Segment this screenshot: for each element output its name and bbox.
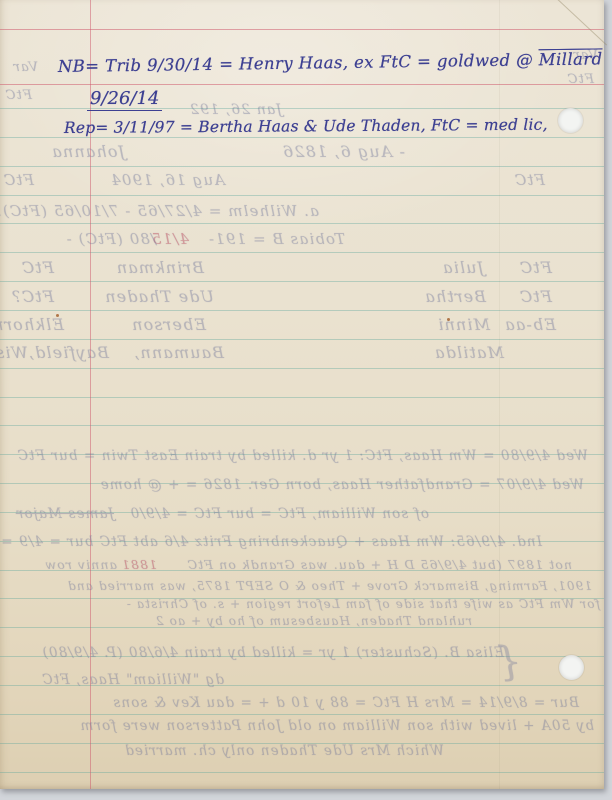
bleedthrough-text: Bertha xyxy=(424,287,486,306)
bleedthrough-text: Johanna xyxy=(51,142,125,161)
ink-note-line2-date: 9/26/14 xyxy=(87,88,162,111)
bleedthrough-text: Wed 4/9/07 = Grandfather Haas, born Ger.… xyxy=(100,477,584,493)
bleedthrough-text: Var xyxy=(13,60,38,75)
bleedthrough-text: for Wm FtC as wife that side of fam Lefo… xyxy=(126,597,600,611)
bleedthrough-text: Brinkman xyxy=(116,258,204,277)
bleedthrough-text: FtC xyxy=(5,88,33,103)
bleedthrough-text: ruhland Thaden, Hausbesum of ho by + ao … xyxy=(155,614,472,628)
bleedthrough-text: FtC xyxy=(567,72,595,87)
bleedthrough-red-text: 1881 xyxy=(121,557,157,572)
bleedthrough-text: /80 (FtC) - xyxy=(66,230,156,248)
bleedthrough-text: FtC xyxy=(3,171,34,189)
scanned-page: VarFtCVarFtCJan 26, 192Johanna- Aug 6, 1… xyxy=(0,0,612,800)
bleedthrough-text: Wed 4/9/80 = Wm Haas, FtC: 1 yr d. kille… xyxy=(17,448,588,464)
bleedthrough-text: dg "William" Haas, FtC xyxy=(41,672,224,688)
bleedthrough-text: FtC xyxy=(21,258,54,277)
bleedthrough-text: a. Wilhelm = 4/27/65 - 7/10/65 (FtC). xyxy=(0,202,319,220)
bleedthrough-text: Ude Thaden xyxy=(104,287,214,306)
bleedthrough-text: Elisa B. (Schuster) 1 yr = killed by tra… xyxy=(41,645,504,661)
bleedthrough-text: FtC? xyxy=(11,287,54,306)
bleedthrough-text: Bayfield,Wis xyxy=(0,343,109,362)
bleedthrough-text: Baumann, xyxy=(133,343,224,362)
bleedthrough-text: Julia xyxy=(442,258,484,277)
bleedthrough-text: by 50A + lived with son William on old J… xyxy=(80,718,594,734)
bleedthrough-text: Elkhorn xyxy=(0,315,64,334)
bleedthrough-text: Which Mrs Ude Thaden only ch. married xyxy=(124,743,444,759)
bleedthrough-text: Matilda xyxy=(434,343,504,362)
ink-note-line3: Rep= 3/11/97 = Bertha Haas & Ude Thaden,… xyxy=(64,116,548,137)
bleedthrough-text: 1901, Farming, Bismarck Grove + Theo & O… xyxy=(67,579,592,593)
bleedthrough-text: not 1897 (but 4/9/65 D H + dau. was Gran… xyxy=(186,557,572,572)
hole-punch-top xyxy=(558,108,583,133)
bleedthrough-text: FtC xyxy=(514,171,545,189)
bleedthrough-text: Tobias B = 191- xyxy=(208,230,345,248)
paper-sheet: VarFtCVarFtCJan 26, 192Johanna- Aug 6, 1… xyxy=(0,0,604,789)
bleedthrough-text: FtC xyxy=(519,287,552,306)
bleedthrough-text: Eb-aa xyxy=(504,315,556,334)
bleedthrough-text: Minni xyxy=(437,315,490,334)
bleedthrough-red-text: 4/15 xyxy=(151,230,189,248)
bleedthrough-text: of son William, FtC = bur FtC = 4/9/0 xyxy=(130,506,429,522)
bleedthrough-text: Eberson xyxy=(131,315,206,334)
bleedthrough-text: Bur = 8/9/14 = Mrs H FtC = 88 y 10 d + =… xyxy=(112,695,579,711)
bleedthrough-text: FtC xyxy=(519,258,552,277)
bleedthrough-text: anniv row xyxy=(44,557,117,572)
bleedthrough-text: - Aug 6, 1826 xyxy=(282,142,405,161)
hole-punch-bottom xyxy=(559,655,584,680)
ink-note-line1-overlined-word: Millard xyxy=(539,49,603,69)
bleedthrough-text: Aug 16, 1904 xyxy=(110,171,225,189)
bleedthrough-text: James Major xyxy=(16,506,114,522)
bleedthrough-text: Jan 26, 192 xyxy=(189,102,282,118)
bleedthrough-text: Ind. 4/9/65: Wm Haas + Quackenbring Frit… xyxy=(0,534,542,550)
